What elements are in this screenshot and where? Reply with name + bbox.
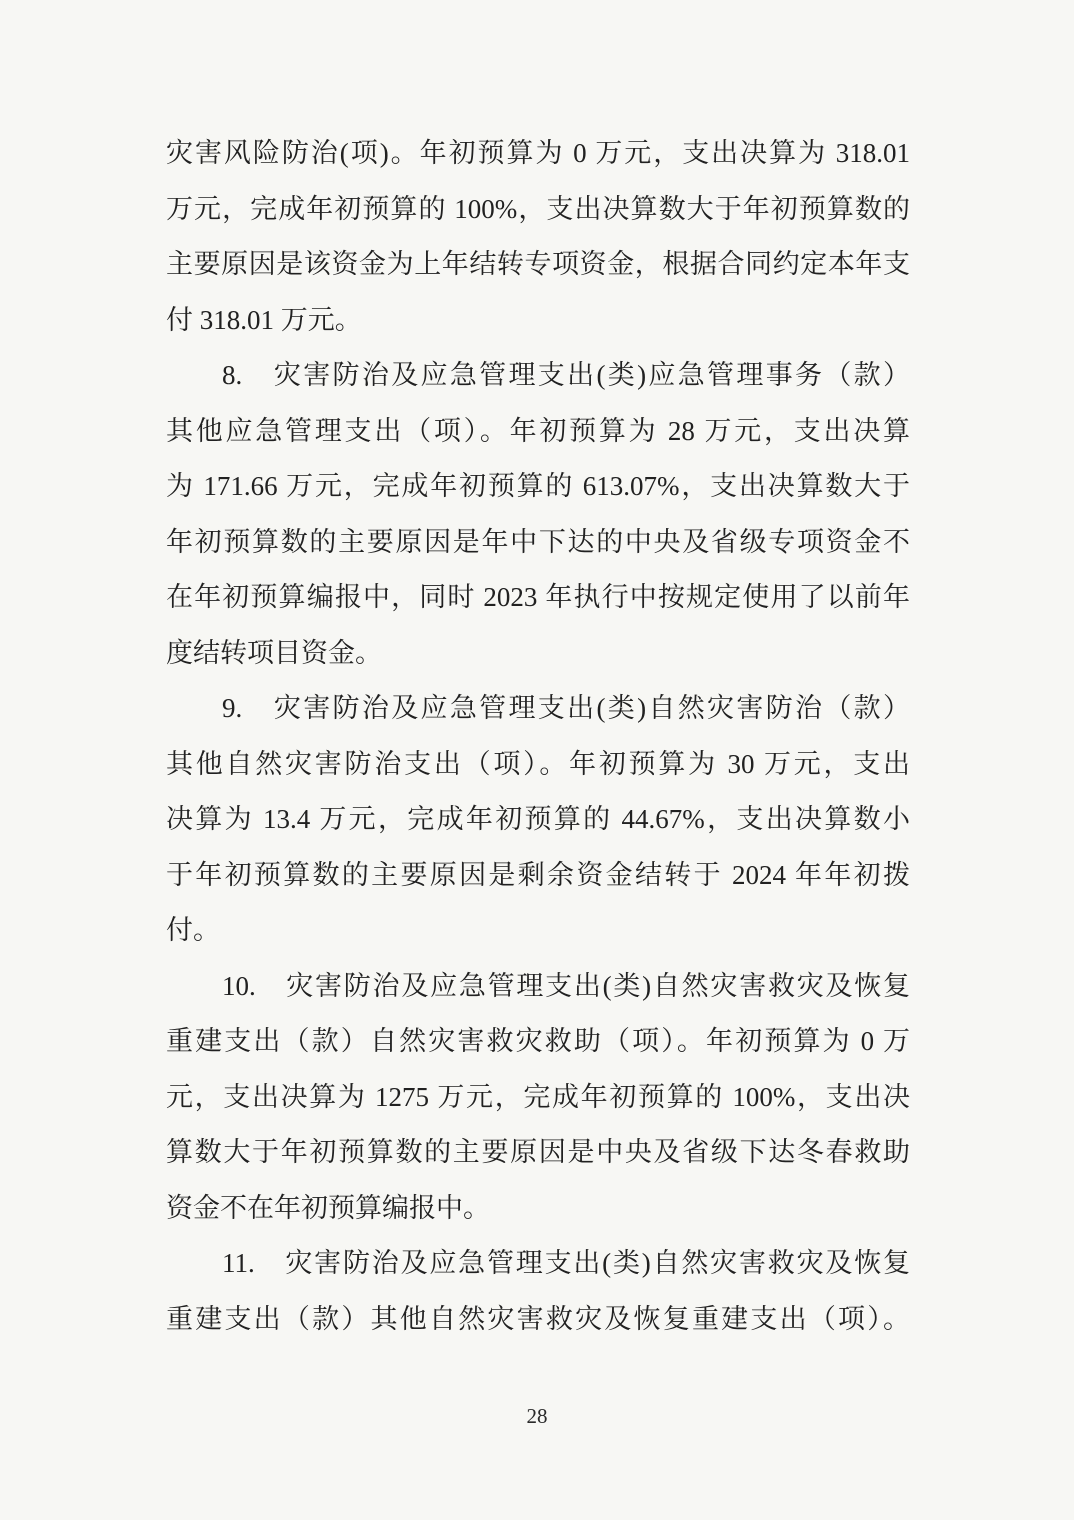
text-line: 算数大于年初预算数的主要原因是中央及省级下达冬春救助 [166,1125,910,1181]
paragraph: 灾害风险防治(项)。年初预算为 0 万元，支出决算为 318.01万元，完成年初… [166,126,910,348]
text-line: 其他自然灾害防治支出（项）。年初预算为 30 万元，支出 [166,737,910,793]
text-line: 付 318.01 万元。 [166,293,910,349]
text-line: 其他应急管理支出（项）。年初预算为 28 万元，支出决算 [166,404,910,460]
text-line: 付。 [166,903,910,959]
text-line: 元，支出决算为 1275 万元，完成年初预算的 100%，支出决 [166,1070,910,1126]
text-line: 11. 灾害防治及应急管理支出(类)自然灾害救灾及恢复 [166,1236,910,1292]
text-line: 在年初预算编报中，同时 2023 年执行中按规定使用了以前年 [166,570,910,626]
text-line: 度结转项目资金。 [166,626,910,682]
text-line: 8. 灾害防治及应急管理支出(类)应急管理事务（款） [166,348,910,404]
paragraph: 8. 灾害防治及应急管理支出(类)应急管理事务（款）其他应急管理支出（项）。年初… [166,348,910,681]
text-line: 重建支出（款）自然灾害救灾救助（项）。年初预算为 0 万 [166,1014,910,1070]
page-number: 28 [0,1402,1074,1430]
text-line: 资金不在年初预算编报中。 [166,1181,910,1237]
text-line: 于年初预算数的主要原因是剩余资金结转于 2024 年年初拨 [166,848,910,904]
text-line: 重建支出（款）其他自然灾害救灾及恢复重建支出（项）。 [166,1292,910,1348]
text-line: 灾害风险防治(项)。年初预算为 0 万元，支出决算为 318.01 [166,126,910,182]
text-line: 万元，完成年初预算的 100%，支出决算数大于年初预算数的 [166,182,910,238]
text-line: 10. 灾害防治及应急管理支出(类)自然灾害救灾及恢复 [166,959,910,1015]
paragraph: 9. 灾害防治及应急管理支出(类)自然灾害防治（款）其他自然灾害防治支出（项）。… [166,681,910,959]
text-line: 为 171.66 万元，完成年初预算的 613.07%，支出决算数大于 [166,459,910,515]
document-body: 灾害风险防治(项)。年初预算为 0 万元，支出决算为 318.01万元，完成年初… [166,126,910,1347]
text-line: 年初预算数的主要原因是年中下达的中央及省级专项资金不 [166,515,910,571]
document-page: 灾害风险防治(项)。年初预算为 0 万元，支出决算为 318.01万元，完成年初… [0,0,1074,1520]
paragraph: 10. 灾害防治及应急管理支出(类)自然灾害救灾及恢复重建支出（款）自然灾害救灾… [166,959,910,1237]
paragraph: 11. 灾害防治及应急管理支出(类)自然灾害救灾及恢复重建支出（款）其他自然灾害… [166,1236,910,1347]
text-line: 9. 灾害防治及应急管理支出(类)自然灾害防治（款） [166,681,910,737]
text-line: 决算为 13.4 万元，完成年初预算的 44.67%，支出决算数小 [166,792,910,848]
text-line: 主要原因是该资金为上年结转专项资金，根据合同约定本年支 [166,237,910,293]
